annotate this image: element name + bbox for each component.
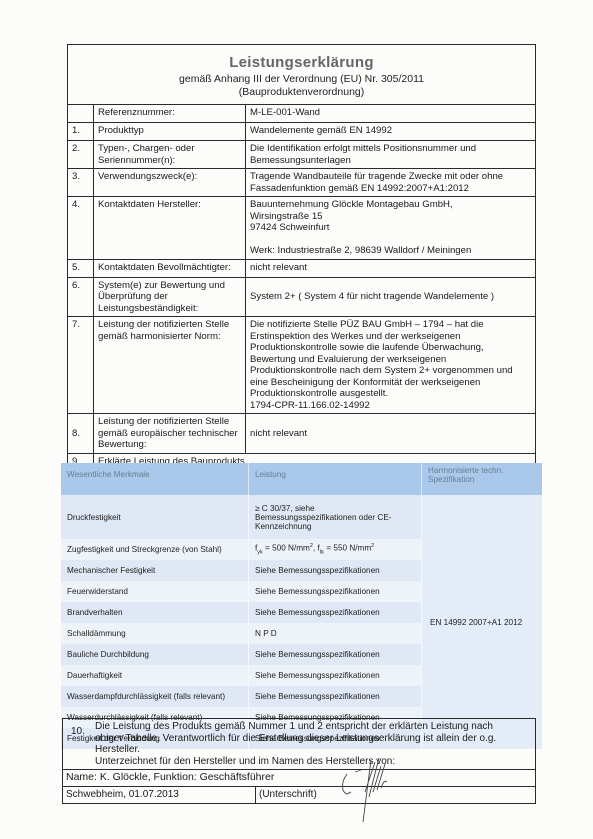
declaration-number: 10.	[71, 726, 85, 738]
characteristic: Druckfestigkeit	[61, 495, 248, 539]
row-number: 8.	[68, 414, 94, 454]
specification-value: EN 14992 2007+A1 2012	[421, 495, 542, 749]
row-value: Tragende Wandbauteile für tragende Zweck…	[246, 169, 536, 197]
row-value: Die notifizierte Stelle PÜZ BAU GmbH – 1…	[246, 317, 536, 414]
performance-value: Siehe Bemessungsspezifikationen	[248, 686, 421, 707]
row-number: 1.	[68, 123, 94, 141]
manufacturer-city: 97424 Schweinfurt	[250, 222, 531, 234]
table-row: 4. Kontaktdaten Hersteller: Bauunternehm…	[68, 197, 536, 260]
row-label: System(e) zur Bewertung und Überprüfung …	[94, 277, 246, 317]
declaration-table: Referenznummer: M-LE-001-Wand 1. Produkt…	[67, 104, 536, 472]
row-label: Produkttyp	[94, 123, 246, 141]
row-value: M-LE-001-Wand	[246, 105, 536, 123]
characteristic: Zugfestigkeit und Streckgrenze (von Stah…	[61, 539, 248, 560]
performance-value: Siehe Bemessungsspezifikationen	[248, 560, 421, 581]
characteristic: Mechanischer Festigkeit	[61, 560, 248, 581]
characteristic: Wasserdampfdurchlässigkeit (falls releva…	[61, 686, 248, 707]
row-label: Kontaktdaten Bevollmächtigter:	[94, 259, 246, 277]
characteristic: Dauerhaftigkeit	[61, 665, 248, 686]
signature-label: (Unterschrift)	[256, 787, 320, 803]
row-number: 6.	[68, 277, 94, 317]
header-characteristics: Wesentliche Merkmale	[61, 463, 248, 495]
signature-row: Schwebheim, 01.07.2013 (Unterschrift)	[63, 786, 535, 803]
notified-body-text: Die notifizierte Stelle PÜZ BAU GmbH – 1…	[250, 319, 531, 400]
document-title: Leistungserklärung	[68, 54, 535, 71]
manufacturer-name: Bauunternehmung Glöckle Montagebau GmbH,	[250, 199, 531, 211]
place-date: Schwebheim, 01.07.2013	[63, 787, 256, 803]
row-label: Referenznummer:	[94, 105, 246, 123]
row-number: 7.	[68, 317, 94, 414]
performance-value: ≥ C 30/37, siehe Bemessungsspezifikation…	[248, 495, 421, 539]
manufacturer-street: Wirsingstraße 15	[250, 211, 531, 223]
document-subtitle: gemäß Anhang III der Verordnung (EU) Nr.…	[68, 73, 535, 85]
performance-table: Wesentliche Merkmale Leistung Harmonisie…	[61, 463, 542, 749]
manufacturer-plant: Werk: Industriestraße 2, 98639 Walldorf …	[250, 245, 531, 257]
row-number	[68, 105, 94, 123]
table-row: 7. Leistung der notifizierten Stelle gem…	[68, 317, 536, 414]
performance-row: Druckfestigkeit ≥ C 30/37, siehe Bemessu…	[61, 495, 542, 539]
declaration-block: 10. Die Leistung des Produkts gemäß Numm…	[62, 718, 536, 804]
handwritten-signature	[335, 752, 405, 822]
row-label: Kontaktdaten Hersteller:	[94, 197, 246, 260]
row-number: 3.	[68, 169, 94, 197]
performance-value: Siehe Bemessungsspezifikationen	[248, 581, 421, 602]
performance-value: N P D	[248, 623, 421, 644]
row-label: Typen-, Chargen- oder Seriennummer(n):	[94, 141, 246, 169]
table-row: 3. Verwendungszweck(e): Tragende Wandbau…	[68, 169, 536, 197]
row-number: 4.	[68, 197, 94, 260]
characteristic: Schalldämmung	[61, 623, 248, 644]
title-block: Leistungserklärung gemäß Anhang III der …	[67, 44, 536, 104]
table-row: 8. Leistung der notifizierten Stelle gem…	[68, 414, 536, 454]
row-label: Leistung der notifizierten Stelle gemäß …	[94, 414, 246, 454]
characteristic: Brandverhalten	[61, 602, 248, 623]
row-value: System 2+ ( System 4 für nicht tragende …	[246, 277, 536, 317]
header-specification: Harmonisierte techn. Spezifikation	[421, 463, 542, 495]
performance-value: fyk = 500 N/mm2, ftk = 550 N/mm2	[248, 539, 421, 560]
row-value: Bauunternehmung Glöckle Montagebau GmbH,…	[246, 197, 536, 260]
certificate-number: 1794-CPR-11.166.02-14992	[250, 400, 531, 412]
document-subtitle-2: (Bauproduktenverordnung)	[68, 86, 535, 98]
header-performance: Leistung	[248, 463, 421, 495]
table-row: 2. Typen-, Chargen- oder Seriennummer(n)…	[68, 141, 536, 169]
row-number: 5.	[68, 259, 94, 277]
document-page: Leistungserklärung gemäß Anhang III der …	[0, 0, 593, 839]
table-row: 6. System(e) zur Bewertung und Überprüfu…	[68, 277, 536, 317]
row-value: nicht relevant	[246, 414, 536, 454]
row-value: Die Identifikation erfolgt mittels Posit…	[246, 141, 536, 169]
performance-header: Wesentliche Merkmale Leistung Harmonisie…	[61, 463, 542, 495]
performance-value: Siehe Bemessungsspezifikationen	[248, 665, 421, 686]
row-number: 2.	[68, 141, 94, 169]
row-label: Verwendungszweck(e):	[94, 169, 246, 197]
row-label: Leistung der notifizierten Stelle gemäß …	[94, 317, 246, 414]
row-value: nicht relevant	[246, 259, 536, 277]
signatory-name: Name: K. Glöckle, Funktion: Geschäftsfüh…	[63, 769, 535, 786]
table-row: 5. Kontaktdaten Bevollmächtigter: nicht …	[68, 259, 536, 277]
characteristic: Feuerwiderstand	[61, 581, 248, 602]
characteristic: Bauliche Durchbildung	[61, 644, 248, 665]
declaration-text: 10. Die Leistung des Produkts gemäß Numm…	[63, 719, 535, 769]
performance-value: Siehe Bemessungsspezifikationen	[248, 602, 421, 623]
performance-value: Siehe Bemessungsspezifikationen	[248, 644, 421, 665]
table-row-reference: Referenznummer: M-LE-001-Wand	[68, 105, 536, 123]
table-row: 1. Produkttyp Wandelemente gemäß EN 1499…	[68, 123, 536, 141]
row-value: Wandelemente gemäß EN 14992	[246, 123, 536, 141]
